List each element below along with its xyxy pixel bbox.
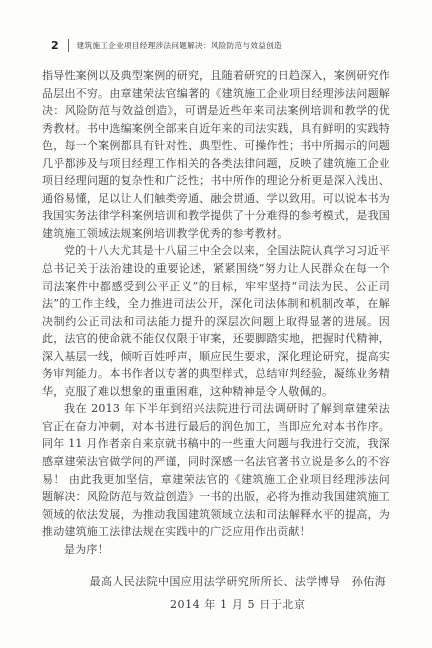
signature-date: 2014 年 1 月 5 日于北京	[90, 596, 386, 614]
running-header: 2 建筑施工企业项目经理涉法问题解决：风险防范与效益创造	[42, 38, 390, 52]
book-page: 2 建筑施工企业项目经理涉法问题解决：风险防范与效益创造 指导性案例以及典型案例…	[0, 0, 432, 648]
running-header-title: 建筑施工企业项目经理涉法问题解决：风险防范与效益创造	[77, 40, 282, 51]
page-number: 2	[51, 39, 59, 52]
signature-author: 最高人民法院中国应用法学研究所所长、法学博导 孙佑海	[90, 573, 386, 591]
paragraph-3: 我在 2013 年下半年到绍兴法院进行司法调研时了解到章建荣法官正在奋力冲刺，对…	[42, 400, 390, 540]
preface-body: 指导性案例以及典型案例的研究，且随着研究的日趋深入，案例研究作品层出不穷。由章建…	[42, 67, 390, 558]
paragraph-4-closing: 是为序！	[42, 541, 390, 559]
paragraph-1: 指导性案例以及典型案例的研究，且随着研究的日趋深入，案例研究作品层出不穷。由章建…	[42, 67, 390, 242]
header-divider	[68, 39, 69, 52]
paragraph-2: 党的十八大尤其是十八届三中全会以来，全国法院认真学习习近平总书记关于法治建设的重…	[42, 242, 390, 400]
signature-block: 最高人民法院中国应用法学研究所所长、法学博导 孙佑海 2014 年 1 月 5 …	[90, 573, 386, 614]
